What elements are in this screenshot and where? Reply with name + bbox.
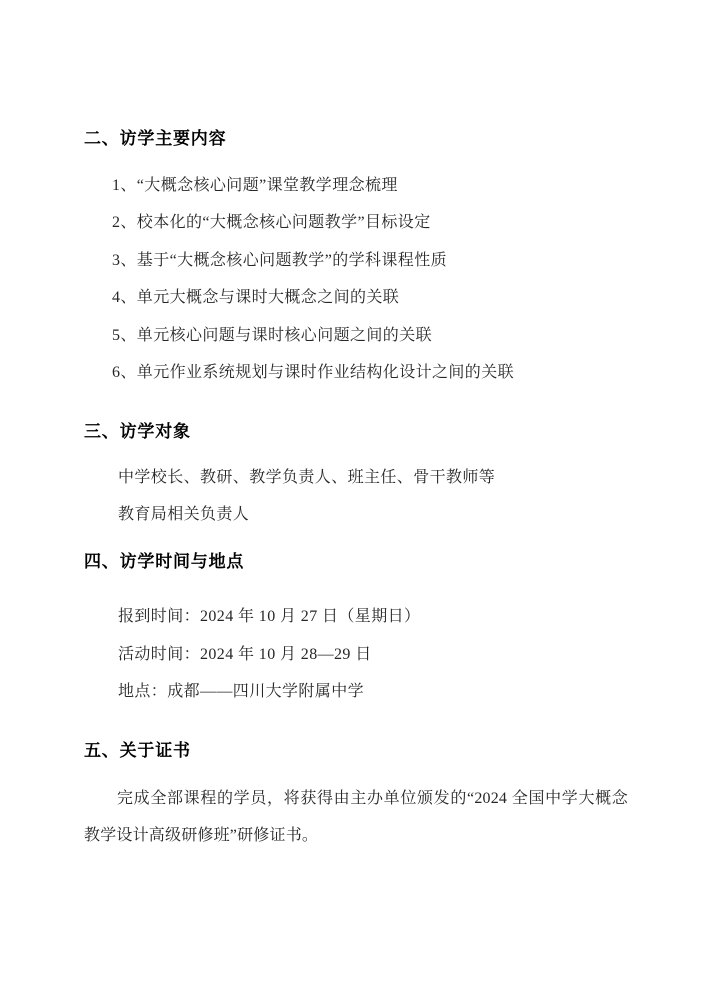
list-item-4: 4、单元大概念与课时大概念之间的关联 xyxy=(112,288,399,307)
section-heading-visit-content: 二、访学主要内容 xyxy=(84,129,226,148)
list-item-3: 3、基于“大概念核心问题教学”的学科课程性质 xyxy=(112,251,447,270)
audience-line-2: 教育局相关负责人 xyxy=(118,505,249,524)
audience-line-1: 中学校长、教研、教学负责人、班主任、骨干教师等 xyxy=(118,468,495,487)
section-heading-certificate: 五、关于证书 xyxy=(84,741,191,760)
list-item-1: 1、“大概念核心问题”课堂教学理念梳理 xyxy=(112,176,398,195)
list-item-6: 6、单元作业系统规划与课时作业结构化设计之间的关联 xyxy=(112,363,514,382)
location-line: 地点：成都——四川大学附属中学 xyxy=(118,682,364,701)
section-heading-time-location: 四、访学时间与地点 xyxy=(84,552,244,571)
activity-time-line: 活动时间：2024 年 10 月 28—29 日 xyxy=(118,645,372,664)
document-page: 二、访学主要内容 1、“大概念核心问题”课堂教学理念梳理 2、校本化的“大概念核… xyxy=(0,0,703,995)
section-heading-visit-audience: 三、访学对象 xyxy=(84,422,191,441)
list-item-2: 2、校本化的“大概念核心问题教学”目标设定 xyxy=(112,213,431,232)
registration-time-line: 报到时间：2024 年 10 月 27 日（星期日） xyxy=(118,607,420,626)
list-item-5: 5、单元核心问题与课时核心问题之间的关联 xyxy=(112,326,432,345)
certificate-paragraph: 完成全部课程的学员，将获得由主办单位颁发的“2024 全国中学大概念教学设计高级… xyxy=(84,780,628,855)
